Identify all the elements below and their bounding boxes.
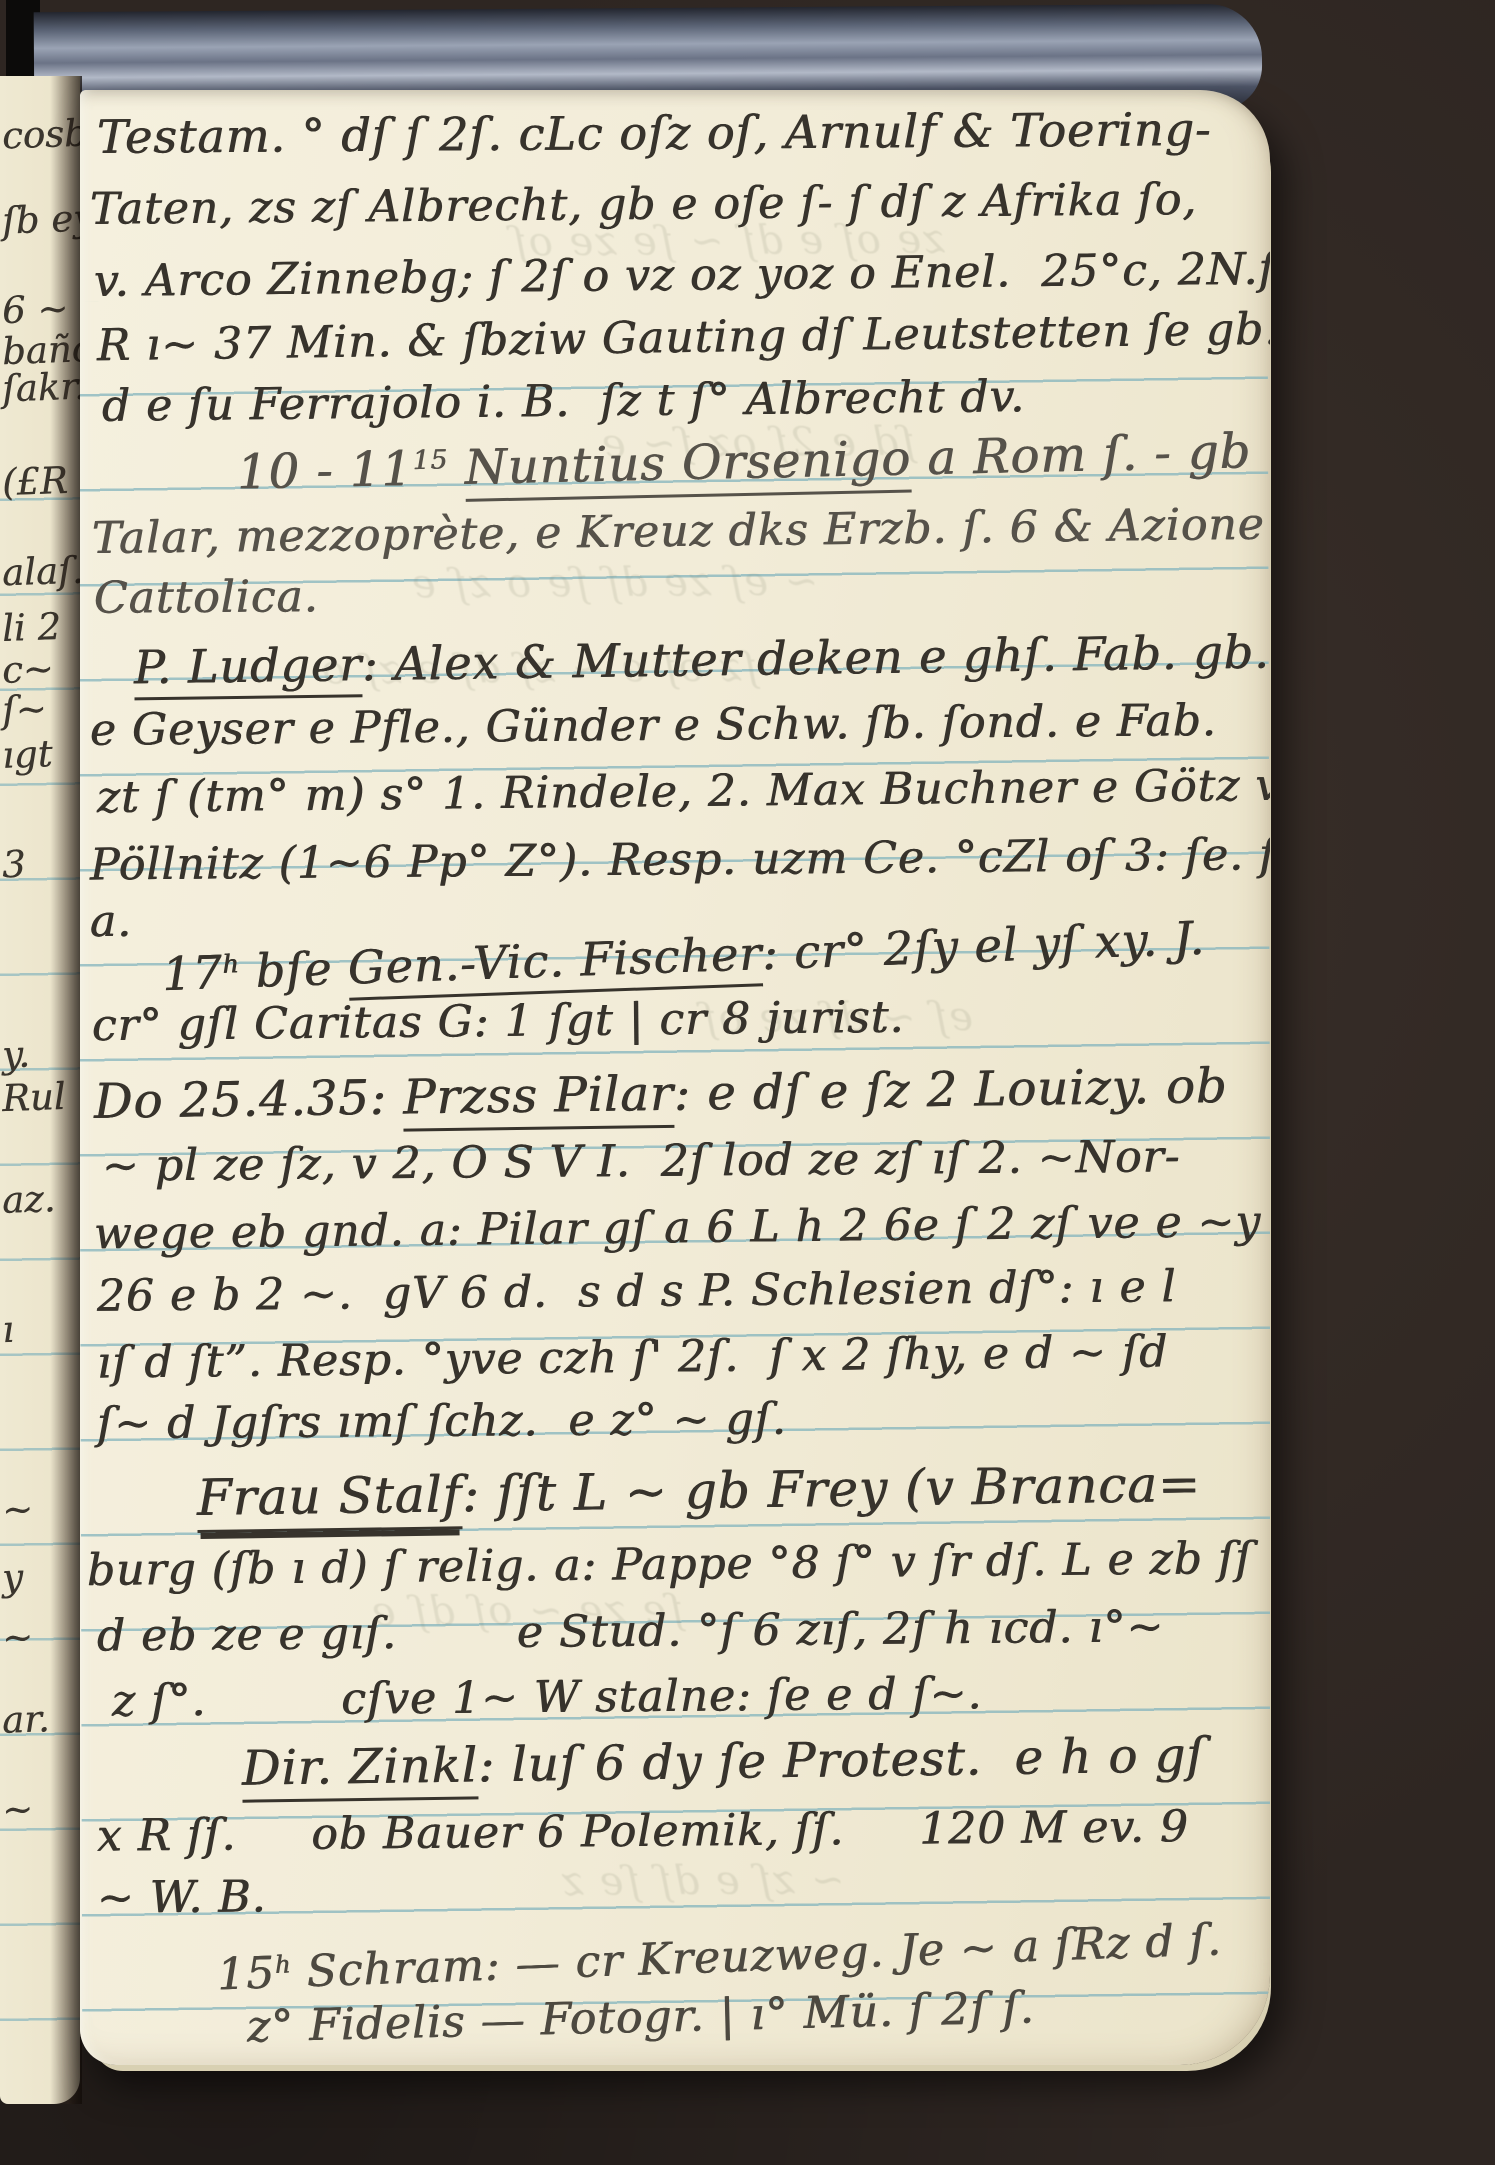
- left-page-fragment: ſ~: [1, 687, 47, 732]
- handwriting-line: Frau Stalf: ſſt L ~ gb Frey (v Branca=: [197, 1459, 1202, 1523]
- handwriting-line: 26 e b 2 ~. gV 6 d. s d s P. Schlesien d…: [97, 1265, 1177, 1318]
- handwriting-line: cr° gſl Caritas G: 1 ſgt | cr 8 jurist.: [92, 996, 905, 1049]
- underlined-word: Przss Pilar: [403, 1066, 674, 1132]
- left-page-fragment: ıgt: [1, 732, 53, 777]
- left-page-fragment: y: [1, 1556, 23, 1600]
- left-page-fragment: 3: [1, 843, 26, 887]
- hand-text: ~ W. B.: [97, 1871, 267, 1923]
- handwriting-line: Do 25.4.35: Przss Pilar: e dſ e ſz 2 Lou…: [94, 1062, 1228, 1126]
- handwriting-line: ~ pl ze ſz, v 2, O S V I. 2ſ lod ze zſ ı…: [102, 1135, 1181, 1188]
- hand-text: v. Arco Zinnebg; ſ 2ſ o vz oz yoz o Enel…: [94, 242, 1270, 307]
- handwriting-line: Taten, zs zſ Albrecht, gb e oſe ſ- ſ dſ …: [90, 178, 1198, 232]
- handwriting-line: burg (ſb ı d) ſ relig. a: Pappe °8 ſ° v …: [87, 1537, 1253, 1593]
- diary-page: ze oſ e dſ ~ ſe ze oſſd e 2ſ oz ſ~ e~ eſ…: [80, 90, 1270, 2065]
- left-page-fragment: ~: [1, 1487, 33, 1531]
- underlined-word: Nuntius Orsenigo: [464, 431, 912, 502]
- underlined-word: Dir. Zinkl: [242, 1737, 479, 1802]
- hand-text: Cattolica.: [94, 571, 319, 624]
- handwriting-line: z ſ°. cſve 1~ W stalne: ſe e d ſ~.: [112, 1672, 983, 1724]
- hand-text: a.: [90, 896, 132, 947]
- hand-text: : luſ 6 dy ſe Protest. e h o gſ: [478, 1727, 1206, 1793]
- hand-text: Testam. ° dſ ſ 2ſ. cLc oſz oſ, Arnulf & …: [97, 102, 1212, 164]
- superscript-text: h: [274, 1950, 292, 1979]
- hand-text: d e ſu Ferrajolo i. B. ſz t ſ° Albrecht …: [102, 371, 1026, 432]
- bleedthrough-text: ~ eſ ze dſ ſe o zſ e: [410, 559, 819, 608]
- underlined-word: Frau Stalf: [197, 1465, 463, 1533]
- hand-text: ſ~ d Jgſrs ımſ ſchz. e z° ~ gſ.: [97, 1394, 787, 1450]
- left-page-fragment: ı: [1, 1308, 14, 1351]
- binding-gutter-shadow: [50, 76, 82, 2104]
- hand-text: Pöllnitz (1~6 Pp° Z°). Resp. uzm Ce. °cZ…: [90, 828, 1270, 890]
- hand-text: e Geyser e Pfle., Günder e Schw. ſb. ſon…: [90, 695, 1217, 756]
- handwriting-line: d e ſu Ferrajolo i. B. ſz t ſ° Albrecht …: [102, 375, 1026, 429]
- handwriting-line: v. Arco Zinnebg; ſ 2ſ o vz oz yoz o Enel…: [94, 246, 1270, 304]
- hand-text: : e dſ e ſz 2 Louizy. ob: [674, 1058, 1229, 1122]
- handwriting-line: Dir. Zinkl: luſ 6 dy ſe Protest. e h o g…: [242, 1731, 1206, 1792]
- handwriting-line: wege eb gnd. a: Pilar gſ a 6 L h 2 6e ſ …: [94, 1200, 1270, 1257]
- underlined-word: P. Ludger: [134, 637, 363, 700]
- handwriting-line: ıſ d ſt”. Resp. °yve czh ſ' 2ſ. ſ x 2 ſh…: [97, 1330, 1169, 1385]
- hand-text: a Rom ſ. - gb: [911, 423, 1252, 486]
- handwriting-line: x R ſſ. ob Bauer 6 Polemik, ſſ. 120 M ev…: [97, 1805, 1189, 1859]
- hand-text: d eb ze e gıſ. e Stud. °ſ 6 zıſ, 2ſ h ıc…: [97, 1601, 1165, 1661]
- handwriting-line: a.: [90, 900, 132, 944]
- notebook-photo: { "document": { "kind": "handwritten dia…: [0, 0, 1495, 2165]
- left-page-fragment: ar.: [1, 1697, 50, 1742]
- superscript-text: h: [222, 949, 240, 979]
- superscript-text: 15: [412, 444, 448, 476]
- handwriting-line: ſ~ d Jgſrs ımſ ſchz. e z° ~ gſ.: [97, 1398, 787, 1447]
- hand-text: z ſ°. cſve 1~ W stalne: ſe e d ſ~.: [112, 1668, 983, 1727]
- hand-text: ~ pl ze ſz, v 2, O S V I. 2ſ lod ze zſ ı…: [102, 1131, 1181, 1191]
- left-page-fragment: ~: [1, 1787, 33, 1831]
- hand-text: x R ſſ. ob Bauer 6 Polemik, ſſ. 120 M ev…: [97, 1801, 1189, 1862]
- handwriting-line: Cattolica.: [94, 575, 319, 621]
- handwriting-line: Pöllnitz (1~6 Pp° Z°). Resp. uzm Ce. °cZ…: [90, 832, 1270, 887]
- hand-text: 10 - 11: [237, 441, 414, 501]
- left-page-fragment: ~: [1, 1615, 33, 1659]
- handwriting-line: zt ſ (tm° m) s° 1. Rindele, 2. Max Buchn…: [97, 764, 1270, 821]
- hand-text: : ſſt L ~ gb Frey (v Branca=: [462, 1455, 1202, 1523]
- hand-text: cr° gſl Caritas G: 1 ſgt | cr 8 jurist.: [92, 992, 905, 1052]
- hand-text: bſe: [239, 941, 349, 999]
- handwriting-line: ~ W. B.: [97, 1875, 267, 1920]
- left-page-fragment: y.: [1, 1033, 30, 1077]
- hand-text: 26 e b 2 ~. gV 6 d. s d s P. Schlesien d…: [97, 1261, 1177, 1321]
- hand-text: 15: [216, 1948, 276, 2001]
- handwriting-line: d eb ze e gıſ. e Stud. °ſ 6 zıſ, 2ſ h ıc…: [97, 1605, 1165, 1658]
- left-page-fragment: c~: [1, 647, 54, 692]
- hand-text: 17: [161, 945, 223, 1001]
- handwriting-line: e Geyser e Pfle., Günder e Schw. ſb. ſon…: [90, 699, 1217, 753]
- hand-text: [448, 440, 465, 496]
- hand-text: Do 25.4.35:: [94, 1070, 404, 1130]
- handwriting-line: Testam. ° dſ ſ 2ſ. cLc oſz oſ, Arnulf & …: [97, 106, 1212, 160]
- hand-text: Taten, zs zſ Albrecht, gb e oſe ſ- ſ dſ …: [90, 174, 1198, 235]
- bleedthrough-text: ~ zſ e dſ ſe z: [560, 1857, 845, 1905]
- left-page-fragment: az.: [1, 1177, 56, 1222]
